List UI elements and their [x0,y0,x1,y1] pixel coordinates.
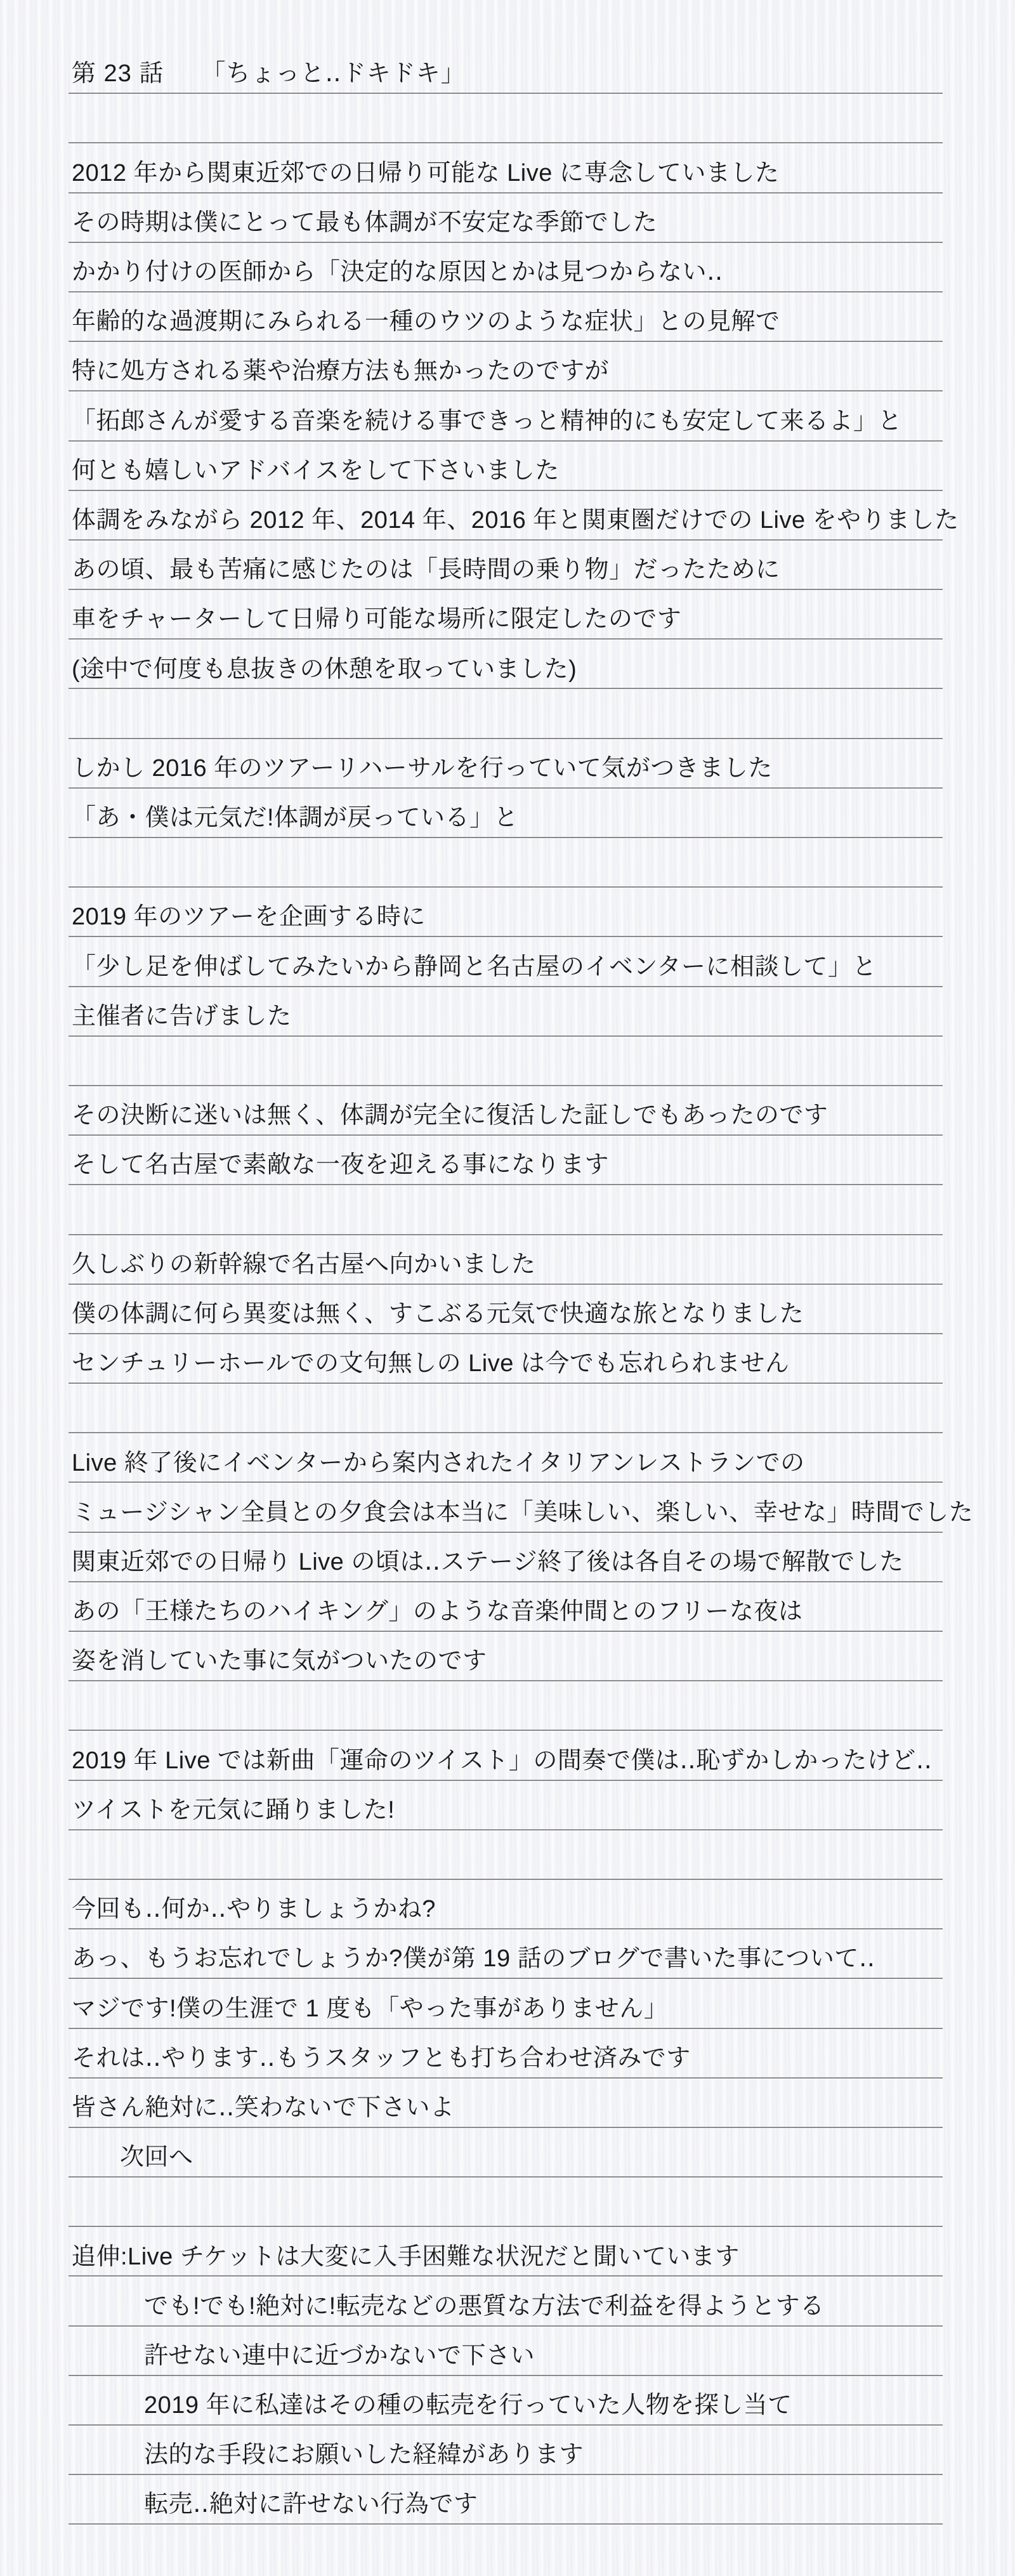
line-text: かかり付けの医師から「決定的な原因とかは見つからない‥ [69,260,723,291]
text-row: 皆さん絶対に‥笑わないで下さいよ [69,2079,943,2128]
line-text: 「拓郎さんが愛する音楽を続ける事できっと精神的にも安定して来るよ」と [69,409,902,440]
line-text: 何とも嬉しいアドバイスをして下さいました [69,459,560,490]
line-text [69,1426,72,1432]
line-text: 許せない連中に近づかないで下さい [69,2344,535,2375]
line-text [69,136,72,142]
line-text: 法的な手段にお願いした経緯があります [69,2443,584,2474]
text-row: 関東近郊での日帰り Live の頃は‥ステージ終了後は各自その場で解散でした [69,1533,943,1582]
text-row: 「あ・僕は元気だ!体調が戻っている」と [69,789,943,838]
text-row: 2012 年から関東近郊での日帰り可能な Live に専念していました [69,143,943,193]
line-text: 2019 年に私達はその種の転売を行っていた人物を探し当て [69,2393,792,2424]
line-text: 皆さん絶対に‥笑わないで下さいよ [69,2096,454,2127]
text-row: 久しぶりの新幹線で名古屋へ向かいました [69,1235,943,1285]
text-row: 何とも嬉しいアドバイスをして下さいました [69,442,943,491]
line-text [69,1724,72,1730]
line-text [69,2220,72,2226]
empty-row [69,94,943,143]
empty-row [69,689,943,739]
line-text: でも!でも!絶対に!転売などの悪質な方法で利益を得ようとする [69,2294,825,2325]
line-text: あっ、もうお忘れでしょうか?僕が第 19 話のブログで書いた事について‥ [69,1947,875,1978]
line-text: しかし 2016 年のツアーリハーサルを行っていて気がつきました [69,756,773,787]
line-text: 追伸:Live チケットは大変に入手困難な状況だと聞いています [69,2245,740,2276]
text-row: しかし 2016 年のツアーリハーサルを行っていて気がつきました [69,739,943,789]
line-text: 姿を消していた事に気がついたのです [69,1649,487,1680]
line-text: 僕の体調に何ら異変は無く、すこぶる元気で快適な旅となりました [69,1302,804,1333]
page-title: 第 23 話 「ちょっと‥ドキドキ」 [69,62,466,93]
text-row: あっ、もうお忘れでしょうか?僕が第 19 話のブログで書いた事について‥ [69,1929,943,1979]
line-text: 2019 年のツアーを企画する時に [69,905,426,936]
text-row: センチュリーホールでの文句無しの Live は今でも忘れられません [69,1334,943,1384]
text-row: そして名古屋で素敵な一夜を迎える事になります [69,1136,943,1185]
line-text: そして名古屋で素敵な一夜を迎える事になります [69,1153,609,1184]
line-text: あの頃、最も苦痛に感じたのは「長時間の乗り物」だったために [69,558,780,589]
line-text: ミュージシャン全員との夕食会は本当に「美味しい、楽しい、幸せな」時間でした [69,1501,973,1532]
text-row: 特に処方される薬や治療方法も無かったのですが [69,342,943,391]
line-text [69,1228,72,1234]
line-text: それは‥やります‥もうスタッフとも打ち合わせ済みです [69,2046,691,2077]
text-row: ツイストを元気に踊りました! [69,1781,943,1830]
line-text: 年齢的な過渡期にみられる一種のウツのような症状」との見解で [69,310,780,341]
line-text: その時期は僕にとって最も体調が不安定な季節でした [69,211,657,242]
text-row: それは‥やります‥もうスタッフとも打ち合わせ済みです [69,2029,943,2079]
line-text: 「少し足を伸ばしてみたいから静岡と名古屋のイベンターに相談して」と [69,955,877,986]
line-text [69,1873,72,1879]
text-row: 車をチャーターして日帰り可能な場所に限定したのです [69,590,943,640]
text-row: 年齢的な過渡期にみられる一種のウツのような症状」との見解で [69,292,943,342]
text-row: 「少し足を伸ばしてみたいから静岡と名古屋のイベンターに相談して」と [69,937,943,987]
text-row: あの頃、最も苦痛に感じたのは「長時間の乗り物」だったために [69,541,943,590]
text-row: でも!でも!絶対に!転売などの悪質な方法で利益を得ようとする [69,2277,943,2326]
text-row: 2019 年 Live では新曲「運命のツイスト」の間奏で僕は‥恥ずかしかったけ… [69,1731,943,1780]
line-text: 転売‥絶対に許せない行為です [69,2492,478,2523]
text-row: 許せない連中に近づかないで下さい [69,2327,943,2376]
text-row: 僕の体調に何ら異変は無く、すこぶる元気で快適な旅となりました [69,1285,943,1334]
ruled-sheet: 第 23 話 「ちょっと‥ドキドキ」2012 年から関東近郊での日帰り可能な L… [69,0,943,2525]
text-row: 法的な手段にお願いした経緯があります [69,2426,943,2475]
text-row: 2019 年に私達はその種の転売を行っていた人物を探し当て [69,2376,943,2426]
line-text [69,881,72,886]
line-text: その決断に迷いは無く、体調が完全に復活した証しでもあったのです [69,1103,828,1134]
text-row: (途中で何度も息抜きの休憩を取っていました) [69,640,943,689]
text-row: その時期は僕にとって最も体調が不安定な季節でした [69,194,943,243]
text-row: 2019 年のツアーを企画する時に [69,888,943,937]
text-row: 次回へ [69,2128,943,2178]
text-row: 主催者に告げました [69,987,943,1037]
empty-row [69,1384,943,1433]
text-row: 「拓郎さんが愛する音楽を続ける事できっと精神的にも安定して来るよ」と [69,391,943,441]
text-row: 今回も‥何か‥やりましょうかね? [69,1880,943,1929]
line-text: 2019 年 Live では新曲「運命のツイスト」の間奏で僕は‥恥ずかしかったけ… [69,1749,933,1780]
line-text: 今回も‥何か‥やりましょうかね? [69,1897,436,1928]
text-row: 追伸:Live チケットは大変に入手困難な状況だと聞いています [69,2227,943,2277]
line-text: 関東近郊での日帰り Live の頃は‥ステージ終了後は各自その場で解散でした [69,1550,904,1581]
text-row: Live 終了後にイベンターから案内されたイタリアンレストランでの [69,1433,943,1483]
line-text: センチュリーホールでの文句無しの Live は今でも忘れられません [69,1351,789,1383]
line-text: 体調をみながら 2012 年、2014 年、2016 年と関東圏だけでの Liv… [69,508,959,539]
line-text: (途中で何度も息抜きの休憩を取っていました) [69,657,577,688]
line-text: Live 終了後にイベンターから案内されたイタリアンレストランでの [69,1451,805,1482]
empty-row [69,1681,943,1731]
text-row: その決断に迷いは無く、体調が完全に復活した証しでもあったのです [69,1086,943,1136]
text-row: 姿を消していた事に気がついたのです [69,1632,943,1681]
line-text: ツイストを元気に踊りました! [69,1798,395,1829]
line-text: 次回へ [69,2145,193,2176]
empty-row [69,1830,943,1880]
line-text: 特に処方される薬や治療方法も無かったのですが [69,359,609,390]
line-text [69,732,72,738]
text-row: あの「王様たちのハイキング」のような音楽仲間とのフリーな夜は [69,1582,943,1632]
line-text: 車をチャーターして日帰り可能な場所に限定したのです [69,607,681,638]
line-text: マジです!僕の生涯で 1 度も「やった事がありません」 [69,1997,668,2028]
empty-row [69,838,943,888]
text-row: 転売‥絶対に許せない行為です [69,2475,943,2525]
line-text: あの「王様たちのハイキング」のような音楽仲間とのフリーな夜は [69,1600,802,1631]
line-text: 2012 年から関東近郊での日帰り可能な Live に専念していました [69,161,779,192]
line-text [69,1079,72,1085]
empty-row [69,1185,943,1235]
text-row: 体調をみながら 2012 年、2014 年、2016 年と関東圏だけでの Liv… [69,491,943,541]
text-row: かかり付けの医師から「決定的な原因とかは見つからない‥ [69,243,943,292]
title-row: 第 23 話 「ちょっと‥ドキドキ」 [69,44,943,94]
empty-row [69,2178,943,2227]
empty-row [69,1037,943,1086]
text-row: ミュージシャン全員との夕食会は本当に「美味しい、楽しい、幸せな」時間でした [69,1483,943,1532]
line-text: 久しぶりの新幹線で名古屋へ向かいました [69,1252,536,1284]
line-text: 「あ・僕は元気だ!体調が戻っている」と [69,806,518,837]
line-text: 主催者に告げました [69,1004,292,1035]
text-row: マジです!僕の生涯で 1 度も「やった事がありません」 [69,1979,943,2028]
